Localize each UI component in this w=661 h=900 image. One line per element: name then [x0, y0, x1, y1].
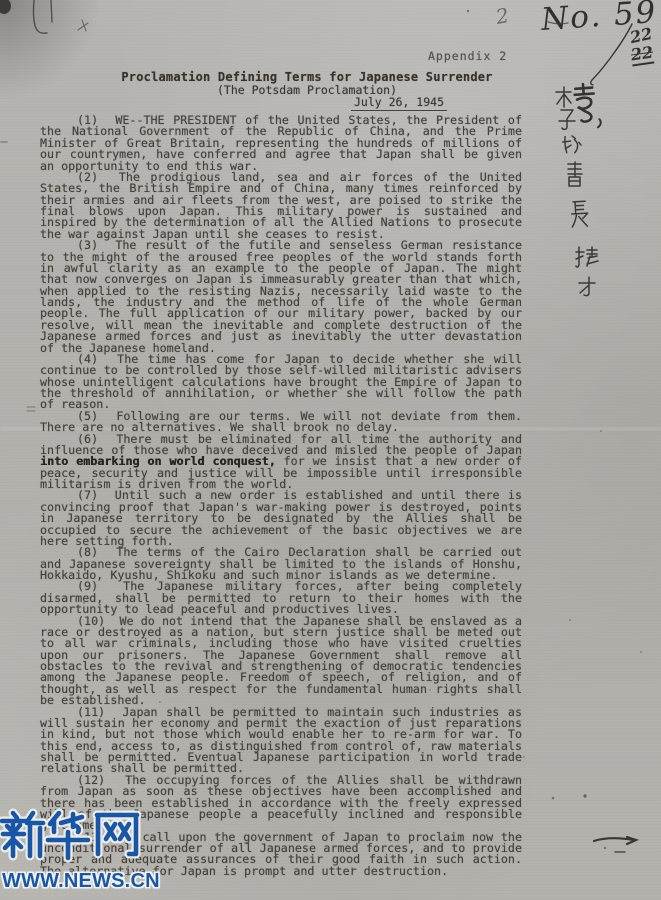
appendix-label: Appendix 2: [428, 49, 507, 63]
typed-content: Appendix 2 Proclamation Defining Terms f…: [0, 0, 661, 900]
paragraph: (7) Until such a new order is establishe…: [40, 490, 522, 547]
watermark-url: WWW.NEWS.CN: [2, 870, 160, 893]
paragraph: (6) There must be eliminated for all tim…: [40, 434, 522, 491]
paragraph: (3) The result of the futile and sensele…: [40, 240, 522, 354]
document-date: July 26, 1945: [351, 95, 447, 111]
document-body: (1) WE--THE PRESIDENT of the United Stat…: [40, 115, 522, 877]
paragraph: (1) WE--THE PRESIDENT of the United Stat…: [40, 115, 522, 172]
document-page: Appendix 2 Proclamation Defining Terms f…: [0, 0, 661, 900]
paragraph: (9) The Japanese military forces, after …: [40, 581, 522, 615]
xinhua-logo: [0, 808, 142, 868]
paragraph: (11) Japan shall be permitted to maintai…: [40, 707, 522, 775]
paragraph: (4) The time has come for Japan to decid…: [40, 354, 522, 411]
document-subtitle: (The Potsdam Proclamation): [0, 83, 614, 97]
paragraph: (10) We do not intend that the Japanese …: [40, 616, 522, 707]
paragraph: (2) The prodigious land, sea and air for…: [40, 172, 522, 240]
page-number-crossed-annotation: 22: [630, 43, 655, 67]
paragraph: (8) The terms of the Cairo Declaration s…: [40, 547, 522, 581]
paragraph: (5) Following are our terms. We will not…: [40, 411, 522, 434]
document-title: Proclamation Defining Terms for Japanese…: [0, 70, 614, 84]
